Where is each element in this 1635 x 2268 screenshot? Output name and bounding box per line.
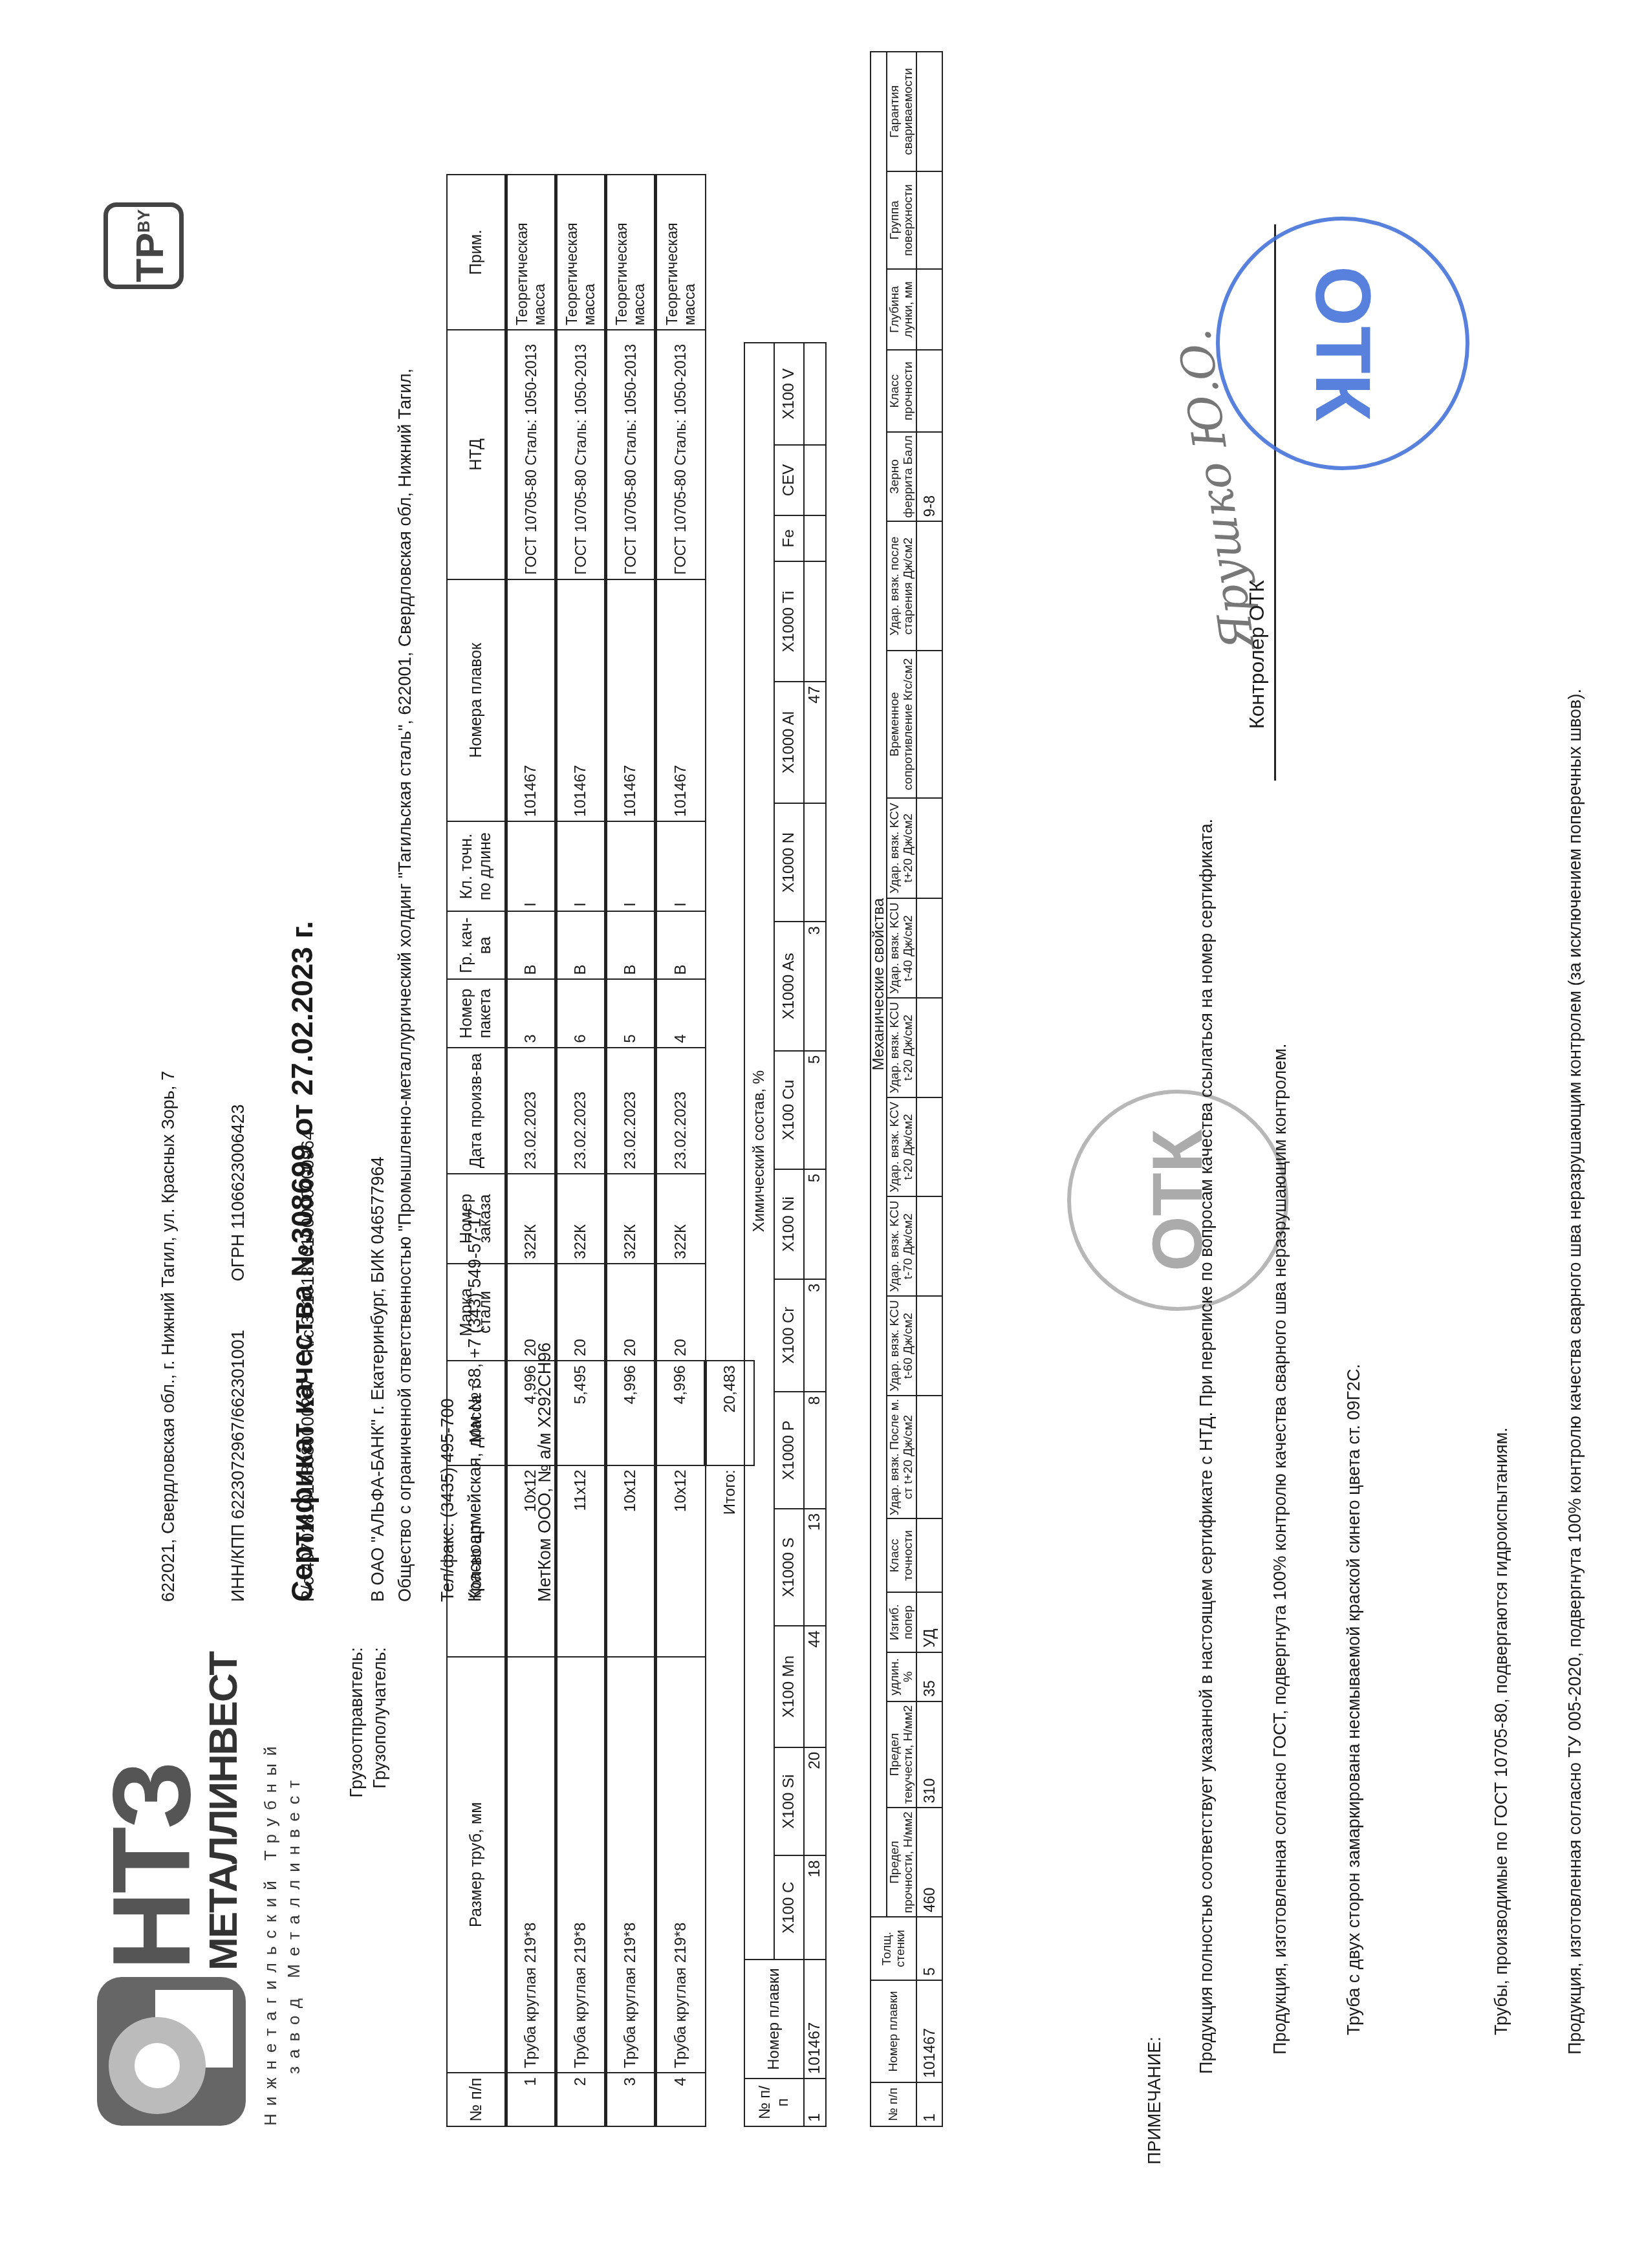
mech-cell-value: [916, 798, 942, 899]
pipe-logo-icon: [97, 1977, 246, 2126]
goods-cell-ntd: ГОСТ 10705-80 Сталь: 1050-2013: [506, 330, 556, 579]
mech-col-header: Удар. вязк. KCU t-70 Дж/см2: [887, 1196, 916, 1296]
mech-col-header: Временное сопротивление Кгс/см2: [887, 651, 916, 797]
mech-col-header: Группа поверхности: [887, 171, 916, 269]
mech-col-header: Предел текучести, Н/мм2: [887, 1701, 916, 1808]
mech-cell-value: [916, 1396, 942, 1518]
goods-cell-quality: В: [606, 911, 656, 979]
chem-cell-value: 5: [804, 1169, 826, 1279]
shipper-name: Общество с ограниченной ответственностью…: [393, 369, 417, 1602]
mech-col-header: Удар. вязк. KCV t+20 Дж/см2: [887, 798, 916, 899]
mech-cell-value: [916, 1518, 942, 1592]
chem-cell-value: 18: [804, 1855, 826, 1960]
col-heat: Номер плавки: [744, 1960, 804, 2079]
goods-cell-date: 23.02.2023: [606, 1048, 656, 1174]
chem-cell-value: 5: [804, 1051, 826, 1169]
goods-cell-size: Труба круглая 219*8: [656, 1657, 706, 2073]
goods-cell-heat: 101467: [656, 579, 706, 821]
chem-col-header: X100 Si: [774, 1747, 804, 1855]
goods-cell-mass: 4,996: [506, 1361, 556, 1465]
goods-col-header: Кол-во шт: [447, 1465, 506, 1657]
chem-col-header: X100 C: [774, 1855, 804, 1960]
goods-cell-qty: 10x12: [656, 1465, 706, 1657]
goods-col-header: Номер пакета: [447, 979, 506, 1047]
table-row: 1Труба круглая 219*810x124,99620322К23.0…: [506, 175, 556, 2126]
mech-cell-value: 9-8: [916, 432, 942, 521]
goods-cell-length-class: I: [606, 821, 656, 911]
chemistry-group-header: Химический состав, %: [744, 343, 774, 1960]
mech-cell-value: [916, 350, 942, 432]
logo-wordmark: НТЗ: [97, 1763, 207, 1971]
tagline-line-2: завод Металлинвест: [282, 1739, 305, 2126]
goods-col-header: НТД: [447, 330, 506, 579]
goods-cell-pack: 6: [556, 979, 606, 1047]
goods-cell-qty: 10x12: [506, 1465, 556, 1657]
chem-col-header: X100 V: [774, 343, 804, 445]
chem-cell-value: 8: [804, 1392, 826, 1509]
goods-col-header: Номер заказа: [447, 1174, 506, 1264]
goods-cell-order: 322К: [506, 1174, 556, 1264]
chem-cell-value: [804, 561, 826, 682]
mech-cell-value: [916, 269, 942, 350]
chem-col-header: X100 Cu: [774, 1051, 804, 1169]
chem-col-header: X1000 Al: [774, 682, 804, 803]
goods-cell-note: Теоретическая масса: [656, 175, 706, 330]
col-num: № п/п: [871, 2082, 916, 2126]
mech-col-header: Удар. вязк. KCU t-60 Дж/см2: [887, 1296, 916, 1396]
mech-col-header: Класс точности: [887, 1518, 916, 1592]
goods-cell-pack: 3: [506, 979, 556, 1047]
goods-cell-n: 2: [556, 2073, 606, 2126]
note-line: Продукция, изготовленная согласно ГОСТ, …: [1268, 689, 1292, 2074]
goods-cell-size: Труба круглая 219*8: [556, 1657, 606, 2073]
goods-cell-size: Труба круглая 219*8: [506, 1657, 556, 2073]
goods-cell-order: 322К: [556, 1174, 606, 1264]
chem-col-header: X100 Cr: [774, 1279, 804, 1392]
note-line: [1415, 689, 1440, 2074]
goods-col-header: Прим.: [447, 175, 506, 330]
note-line: Трубы, производимые по ГОСТ 10705-80, по…: [1489, 689, 1513, 2074]
mech-col-header: Зерно феррита Балл: [887, 432, 916, 521]
mech-col-header: Удар. вязк. KCU t-40 Дж/см2: [887, 898, 916, 998]
mech-cell-value: [916, 998, 942, 1097]
mech-cell-num: 1: [916, 2082, 942, 2126]
note-line: Продукция, изготовленная согласно ТУ 005…: [1563, 689, 1587, 2074]
goods-cell-heat: 101467: [506, 579, 556, 821]
chem-col-header: X100 Ni: [774, 1169, 804, 1279]
chem-col-header: CEV: [774, 445, 804, 515]
chem-col-header: X1000 As: [774, 922, 804, 1050]
notes-text: Продукция полностью соответствует указан…: [1145, 689, 1635, 2074]
goods-cell-steel: 20: [656, 1264, 706, 1361]
goods-cell-date: 23.02.2023: [656, 1048, 706, 1174]
goods-cell-pack: 5: [606, 979, 656, 1047]
chem-col-header: Fe: [774, 515, 804, 562]
chem-cell-num: 1: [804, 2079, 826, 2126]
mechanical-group-header: Механические свойства: [871, 52, 887, 1917]
goods-cell-steel: 20: [556, 1264, 606, 1361]
goods-cell-date: 23.02.2023: [556, 1048, 606, 1174]
goods-cell-ntd: ГОСТ 10705-80 Сталь: 1050-2013: [606, 330, 656, 579]
mech-col-header: удлин. %: [887, 1652, 916, 1701]
mech-cell-value: [916, 898, 942, 998]
otk-stamp-blue: ОТК: [1216, 217, 1469, 470]
mechanical-table: № п/п Номер плавки Толщ. стенки Механиче…: [870, 51, 943, 2127]
mech-cell-value: [916, 1097, 942, 1196]
chem-cell-value: 20: [804, 1747, 826, 1855]
goods-cell-order: 322К: [656, 1174, 706, 1264]
goods-cell-quality: В: [506, 911, 556, 979]
certificate-sheet: НТЗ МЕТАЛЛИНВЕСТ Нижнетагильский Трубный…: [0, 0, 1635, 2268]
table-row: 1101467182044138355347: [804, 343, 826, 2126]
mech-cell-value: [916, 1196, 942, 1296]
logo-tagline: Нижнетагильский Трубный завод Металлинве…: [259, 1739, 305, 2126]
goods-col-header: Размер труб, мм: [447, 1657, 506, 2073]
note-line: Труба с двух сторон замаркирована несмыв…: [1341, 689, 1366, 2074]
mech-col-header: Класс прочности: [887, 350, 916, 432]
mech-cell-value: [916, 521, 942, 651]
goods-cell-mass: 4,996: [606, 1361, 656, 1465]
mech-cell-value: 35: [916, 1652, 942, 1701]
goods-col-header: Кл. точн. по длине: [447, 821, 506, 911]
company-logo: НТЗ МЕТАЛЛИНВЕСТ Нижнетагильский Трубный…: [97, 1686, 246, 2126]
mech-col-header: Предел прочности, Н/мм2: [887, 1808, 916, 1917]
mech-cell-heat: 101467: [916, 1980, 942, 2082]
goods-cell-n: 1: [506, 2073, 556, 2126]
mech-cell-value: 460: [916, 1808, 942, 1917]
mech-col-header: Удар. вязк. KCV t-20 Дж/см2: [887, 1097, 916, 1196]
mech-cell-value: [916, 1296, 942, 1396]
goods-cell-n: 4: [656, 2073, 706, 2126]
shipper-label: Грузоотправитель:: [347, 1647, 367, 1815]
mech-cell-value: 310: [916, 1701, 942, 1808]
goods-cell-note: Теоретическая масса: [506, 175, 556, 330]
chem-cell-value: 47: [804, 682, 826, 803]
goods-cell-mass: 5,495: [556, 1361, 606, 1465]
mech-col-header: Удар. вязк. После м. ст t+20 Дж/см2: [887, 1396, 916, 1518]
chem-cell-value: [804, 803, 826, 922]
table-row: 2Труба круглая 219*811x125,49520322К23.0…: [556, 175, 606, 2126]
chemistry-table: № п/п Номер плавки Химический состав, % …: [744, 342, 827, 2127]
mech-cell-value: [916, 651, 942, 797]
goods-col-header: Гр. кач-ва: [447, 911, 506, 979]
mech-col-header: Изгиб. попер: [887, 1592, 916, 1652]
chem-cell-value: [804, 343, 826, 445]
goods-table: № п/пРазмер труб, ммКол-во штМасса тМарк…: [446, 174, 755, 2127]
goods-cell-note: Теоретическая масса: [556, 175, 606, 330]
chem-cell-value: 44: [804, 1626, 826, 1747]
mech-cell-wall: 5: [916, 1917, 942, 1980]
mech-col-header: Удар. вязк. после старения Дж/см2: [887, 521, 916, 651]
goods-col-header: № п/п: [447, 2073, 506, 2126]
mech-col-header: Глубина лунки, мм: [887, 269, 916, 350]
goods-cell-pack: 4: [656, 979, 706, 1047]
table-row: 4Труба круглая 219*810x124,99620322К23.0…: [656, 175, 706, 2126]
table-row: 1101467546031035УД9-8: [916, 52, 942, 2126]
consignee-label: Грузополучатель:: [370, 1647, 390, 1815]
goods-cell-heat: 101467: [556, 579, 606, 821]
goods-cell-order: 322К: [606, 1174, 656, 1264]
goods-cell-steel: 20: [606, 1264, 656, 1361]
goods-cell-steel: 20: [506, 1264, 556, 1361]
col-heat: Номер плавки: [871, 1980, 916, 2082]
mech-cell-value: [916, 171, 942, 269]
chem-cell-value: [804, 515, 826, 562]
goods-cell-n: 3: [606, 2073, 656, 2126]
table-row: 3Труба круглая 219*810x124,99620322К23.0…: [606, 175, 656, 2126]
chem-col-header: X100 Mn: [774, 1626, 804, 1747]
goods-cell-length-class: I: [556, 821, 606, 911]
mech-col-header: Гарантия свариваемости: [887, 52, 916, 171]
goods-cell-ntd: ГОСТ 10705-80 Сталь: 1050-2013: [556, 330, 606, 579]
goods-cell-length-class: I: [656, 821, 706, 911]
col-num: № п/п: [744, 2079, 804, 2126]
goods-cell-qty: 11x12: [556, 1465, 606, 1657]
col-wall: Толщ. стенки: [871, 1917, 916, 1980]
chem-cell-value: 13: [804, 1509, 826, 1626]
goods-cell-date: 23.02.2023: [506, 1048, 556, 1174]
goods-cell-note: Теоретическая масса: [606, 175, 656, 330]
address-line: 622021, Свердловская обл., г. Нижний Таг…: [157, 1071, 180, 1602]
logo-subtitle: МЕТАЛЛИНВЕСТ: [200, 1652, 246, 1971]
chem-cell-value: 3: [804, 1279, 826, 1392]
goods-cell-mass: 4,996: [656, 1361, 706, 1465]
chem-cell-value: 3: [804, 922, 826, 1050]
mech-cell-value: [916, 52, 942, 171]
goods-col-header: Марка стали: [447, 1264, 506, 1361]
chem-cell-value: [804, 445, 826, 515]
mech-col-header: Удар. вязк. KCU t-20 Дж/см2: [887, 998, 916, 1097]
chem-col-header: X1000 Ti: [774, 561, 804, 682]
goods-col-header: Дата произв-ва: [447, 1048, 506, 1174]
goods-cell-length-class: I: [506, 821, 556, 911]
goods-cell-qty: 10x12: [606, 1465, 656, 1657]
goods-cell-quality: В: [656, 911, 706, 979]
mech-cell-value: УД: [916, 1592, 942, 1652]
tr-by-conformity-icon: ТРBY: [103, 202, 184, 289]
chem-col-header: X1000 N: [774, 803, 804, 922]
chem-cell-heat: 101467: [804, 1960, 826, 2079]
goods-col-header: Масса т: [447, 1361, 506, 1465]
goods-col-header: Номера плавок: [447, 579, 506, 821]
certificate-title: Сертификат качества №308699 от 27.02.202…: [285, 921, 319, 1602]
inn-line: ИНН/КПП 6223072967/662301001 ОГРН 110662…: [226, 1071, 250, 1602]
goods-cell-size: Труба круглая 219*8: [606, 1657, 656, 2073]
note-line: Продукция полностью соответствует указан…: [1194, 689, 1218, 2074]
goods-cell-heat: 101467: [606, 579, 656, 821]
chem-col-header: X1000 P: [774, 1392, 804, 1509]
goods-cell-quality: В: [556, 911, 606, 979]
chem-col-header: X1000 S: [774, 1509, 804, 1626]
goods-cell-ntd: ГОСТ 10705-80 Сталь: 1050-2013: [656, 330, 706, 579]
tagline-line-1: Нижнетагильский Трубный: [259, 1739, 282, 2126]
